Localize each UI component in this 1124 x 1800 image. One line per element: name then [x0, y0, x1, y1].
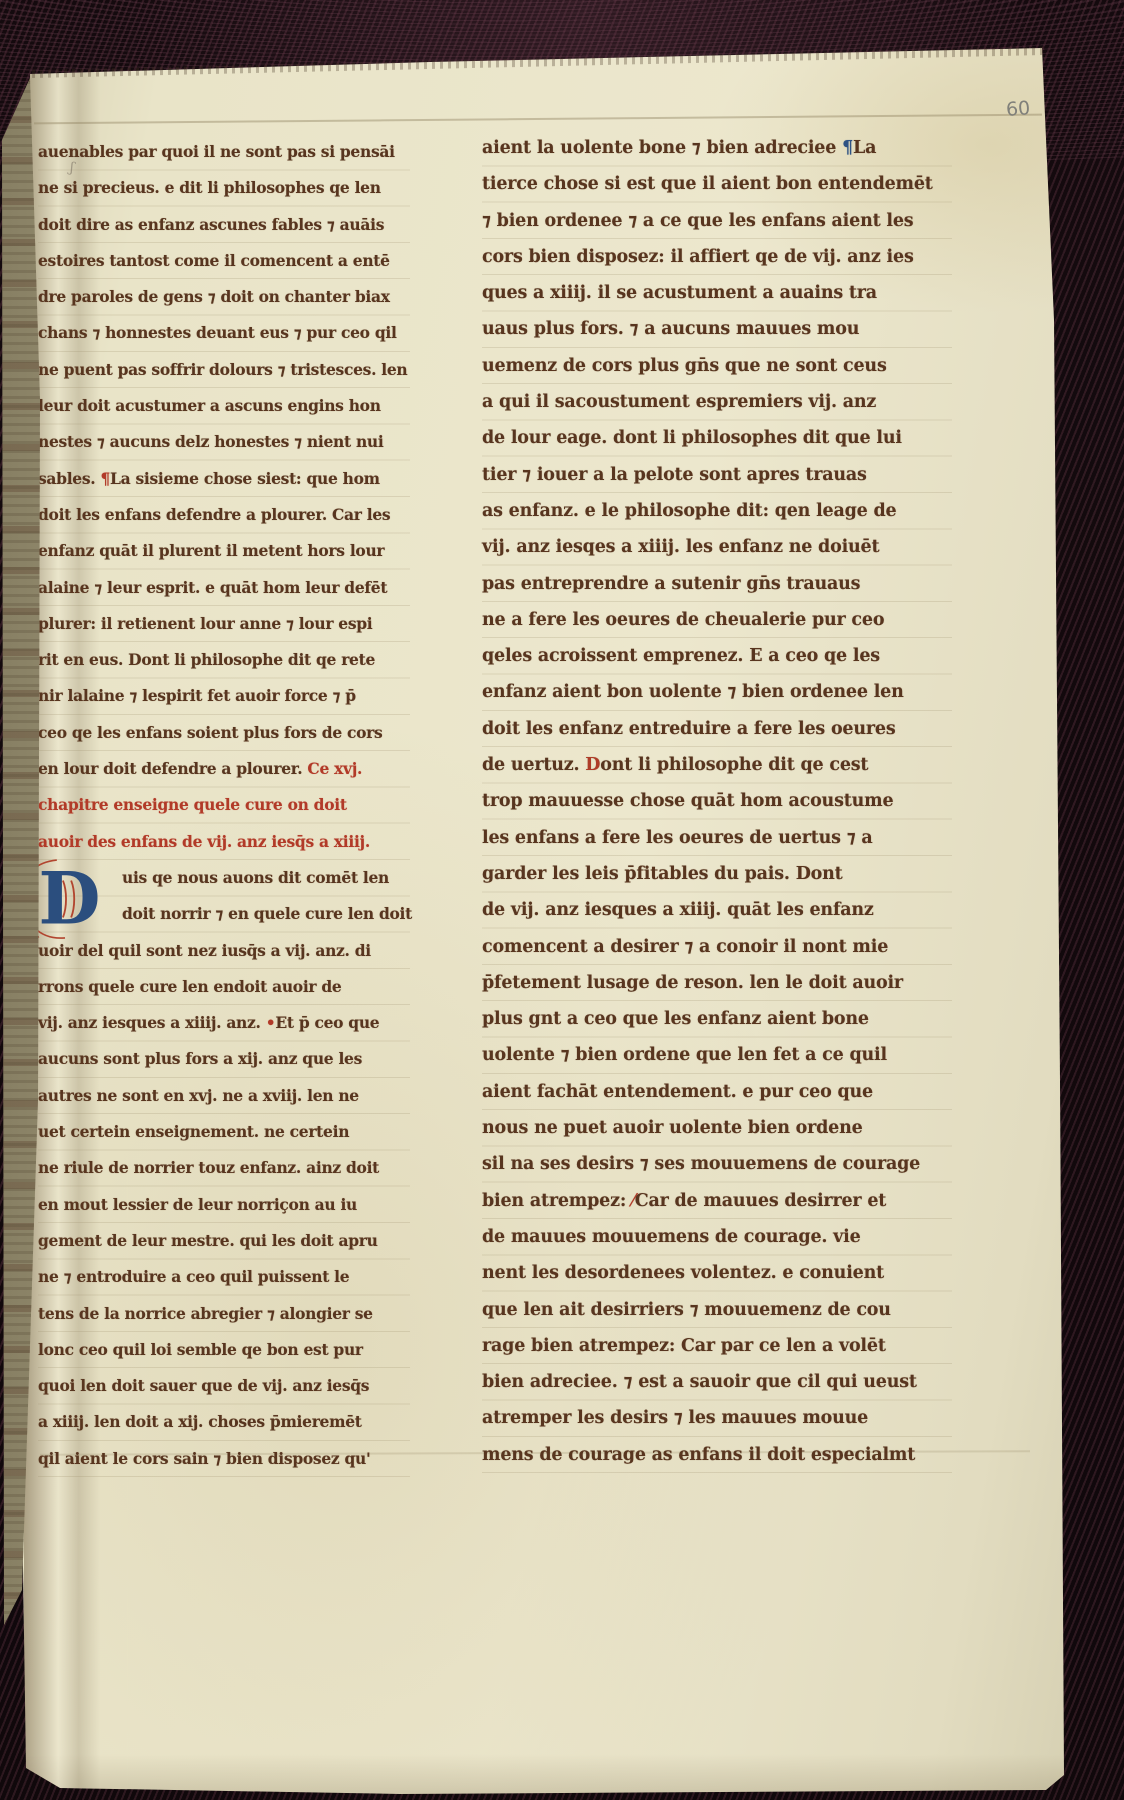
manuscript-text-line: mens de courage as enfans il doit especi… [482, 1437, 952, 1473]
manuscript-text-line: sil na ses desirs ⁊ ses mouuemens de cou… [482, 1146, 952, 1182]
manuscript-text-line: atremper les desirs ⁊ les mauues mouue [482, 1400, 952, 1436]
manuscript-text-line: doit les enfanz entreduire a fere les oe… [482, 711, 952, 747]
manuscript-text-line: pas entreprendre a sutenir gn̄s trauaus [482, 566, 952, 602]
manuscript-text-line: bien atrempez: ⁄Car de mauues desirrer e… [482, 1183, 952, 1219]
text-column-right: aient la uolente bone ⁊ bien adreciee ¶L… [482, 130, 952, 1473]
manuscript-text-line: ne puent pas soffrir dolours ⁊ tristesce… [38, 352, 410, 388]
manuscript-photo: 60 ʃ auenables par quoi il ne sont pas s… [0, 0, 1124, 1800]
manuscript-text-line: de uertuz. Dont li philosophe dit qe ces… [482, 747, 952, 783]
manuscript-text-line: autres ne sont en xvj. ne a xviij. len n… [38, 1078, 410, 1114]
manuscript-text-line: ne ⁊ entroduire a ceo quil puissent le [38, 1259, 410, 1295]
manuscript-text-line: ne si precieus. e dit li philosophes qe … [38, 170, 410, 206]
manuscript-text-line: a qui il sacoustument espremiers vij. an… [482, 384, 952, 420]
manuscript-text-line: de mauues mouuemens de courage. vie [482, 1219, 952, 1255]
manuscript-text-line: rrons quele cure len endoit auoir de [38, 969, 410, 1005]
manuscript-text-line: plus gnt a ceo que les enfanz aient bone [482, 1001, 952, 1037]
text-column-left: auenables par quoi il ne sont pas si pen… [38, 134, 410, 1477]
manuscript-text-line: ne riule de norrier touz enfanz. ainz do… [38, 1150, 410, 1186]
manuscript-text-line: qil aient le cors sain ⁊ bien disposez q… [38, 1441, 410, 1477]
manuscript-text-line: tierce chose si est que il aient bon ent… [482, 166, 952, 202]
manuscript-text-line: a xiiij. len doit a xij. choses p̄mierem… [38, 1404, 410, 1440]
manuscript-text-line: aient fachāt entendement. e pur ceo que [482, 1074, 952, 1110]
manuscript-text-line: vij. anz iesques a xiiij. anz. •Et p̄ ce… [38, 1005, 410, 1041]
manuscript-text-line: que len ait desirriers ⁊ mouuemenz de co… [482, 1292, 952, 1328]
manuscript-text-line: rage bien atrempez: Car par ce len a vol… [482, 1328, 952, 1364]
manuscript-text-line: rit en eus. Dont li philosophe dit qe re… [38, 642, 410, 678]
manuscript-text-line: dre paroles de gens ⁊ doit on chanter bi… [38, 279, 410, 315]
manuscript-text-line: sables. ¶La sisieme chose siest: que hom [38, 461, 410, 497]
manuscript-text-line: doit dire as enfanz ascunes fables ⁊ auā… [38, 207, 410, 243]
manuscript-text-line: leur doit acustumer a ascuns engins hon [38, 388, 410, 424]
manuscript-text-line: trop mauuesse chose quāt hom acoustume [482, 783, 952, 819]
manuscript-text-line: as enfanz. e le philosophe dit: qen leag… [482, 493, 952, 529]
folio-number: 60 [1005, 97, 1031, 121]
manuscript-text-line: p̄fetement lusage de reson. len le doit … [482, 965, 952, 1001]
manuscript-text-line: doit les enfans defendre a plourer. Car … [38, 497, 410, 533]
manuscript-text-line: enfanz aient bon uolente ⁊ bien ordenee … [482, 674, 952, 710]
manuscript-text-line: quoi len doit sauer que de vij. anz iesq… [38, 1368, 410, 1404]
svg-text:D: D [38, 857, 100, 941]
manuscript-text-line: uaus plus fors. ⁊ a aucuns mauues mou [482, 311, 952, 347]
manuscript-text-line: nir lalaine ⁊ lespirit fet auoir force ⁊… [38, 678, 410, 714]
manuscript-text-line: cors bien disposez: il affiert qe de vij… [482, 239, 952, 275]
manuscript-text-line: nous ne puet auoir uolente bien ordene [482, 1110, 952, 1146]
manuscript-text-line: ques a xiiij. il se acustument a auains … [482, 275, 952, 311]
manuscript-text-line: uolente ⁊ bien ordene que len fet a ce q… [482, 1037, 952, 1073]
manuscript-page: 60 ʃ auenables par quoi il ne sont pas s… [0, 0, 1124, 1800]
manuscript-text-line: garder les leis p̄fitables du pais. Dont [482, 856, 952, 892]
manuscript-text-line: enfanz quāt il plurent il metent hors lo… [38, 533, 410, 569]
manuscript-text-line: nestes ⁊ aucuns delz honestes ⁊ nient nu… [38, 424, 410, 460]
manuscript-text-line: ⁊ bien ordenee ⁊ a ce que les enfans aie… [482, 203, 952, 239]
ruling-line-top [34, 114, 1042, 124]
manuscript-text-line: en mout lessier de leur norriçon au iu [38, 1187, 410, 1223]
manuscript-text-line: aient la uolente bone ⁊ bien adreciee ¶L… [482, 130, 952, 166]
manuscript-text-line: les enfans a fere les oeures de uertus ⁊… [482, 820, 952, 856]
manuscript-text-line: uet certein enseignement. ne certein [38, 1114, 410, 1150]
manuscript-text-line: bien adreciee. ⁊ est a sauoir que cil qu… [482, 1364, 952, 1400]
manuscript-text-line: comencent a desirer ⁊ a conoir il nont m… [482, 929, 952, 965]
manuscript-text-line: qeles acroissent emprenez. E a ceo qe le… [482, 638, 952, 674]
manuscript-text-line: tens de la norrice abregier ⁊ alongier s… [38, 1296, 410, 1332]
manuscript-text-line: de vij. anz iesques a xiiij. quāt les en… [482, 892, 952, 928]
manuscript-text-line: lonc ceo quil loi semble qe bon est pur [38, 1332, 410, 1368]
manuscript-text-line: de lour eage. dont li philosophes dit qu… [482, 420, 952, 456]
manuscript-text-line: nent les desordenees volentez. e conuien… [482, 1255, 952, 1291]
manuscript-text-line: plurer: il retienent lour anne ⁊ lour es… [38, 606, 410, 642]
manuscript-text-line: tier ⁊ iouer a la pelote sont apres trau… [482, 457, 952, 493]
manuscript-text-line: uemenz de cors plus gn̄s que ne sont ceu… [482, 348, 952, 384]
manuscript-text-line: alaine ⁊ leur esprit. e quāt hom leur de… [38, 570, 410, 606]
manuscript-text-line: estoires tantost come il comencent a ent… [38, 243, 410, 279]
manuscript-text-line: auoir des enfans de vij. anz iesq̄s a xi… [38, 824, 410, 860]
manuscript-text-line: en lour doit defendre a plourer. Ce xvj. [38, 751, 410, 787]
manuscript-text-line: gement de leur mestre. qui les doit apru [38, 1223, 410, 1259]
manuscript-text-line: chapitre enseigne quele cure on doit [38, 787, 410, 823]
manuscript-text-line: chans ⁊ honnestes deuant eus ⁊ pur ceo q… [38, 315, 410, 351]
manuscript-text-line: vij. anz iesqes a xiiij. les enfanz ne d… [482, 529, 952, 565]
manuscript-text-line: aucuns sont plus fors a xij. anz que les [38, 1041, 410, 1077]
manuscript-text-line: ne a fere les oeures de cheualerie pur c… [482, 602, 952, 638]
manuscript-text-line: auenables par quoi il ne sont pas si pen… [38, 134, 410, 170]
manuscript-text-line: ceo qe les enfans soient plus fors de co… [38, 715, 410, 751]
